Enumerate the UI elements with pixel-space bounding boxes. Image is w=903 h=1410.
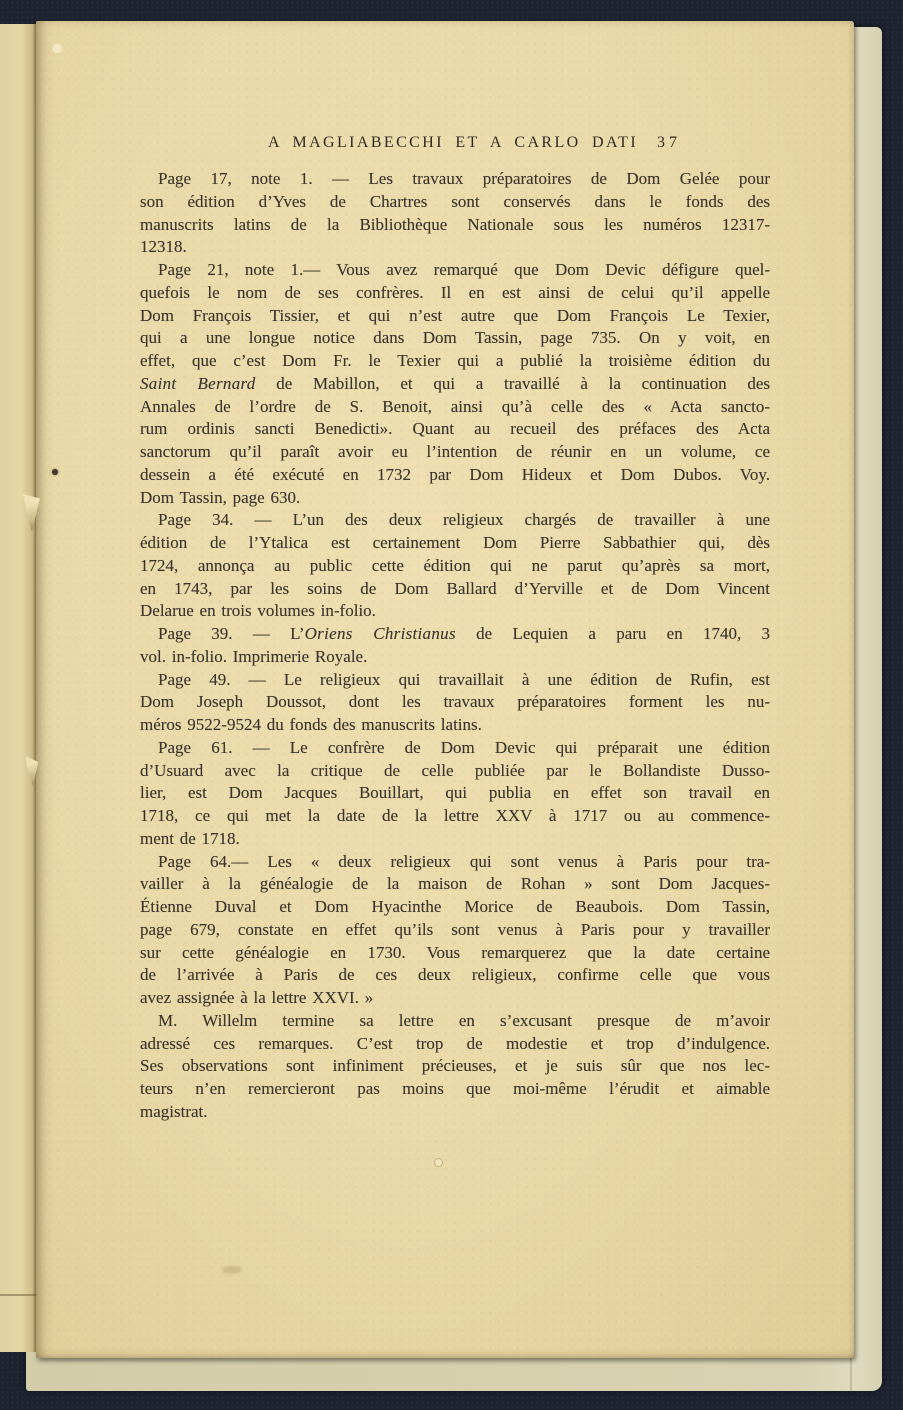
paragraph: Page 61. — Le confrère de Dom Devic qui … bbox=[140, 737, 770, 851]
text-line: dessein a été exécuté en 1732 par Dom Hi… bbox=[140, 464, 770, 487]
paragraph: Page 17, note 1. — Les travaux préparato… bbox=[140, 168, 770, 259]
text-line: ment de 1718. bbox=[140, 828, 770, 851]
paragraph: Page 21, note 1.— Vous avez remarqué que… bbox=[140, 259, 770, 509]
text-line: 1724, annonça au public cette édition qu… bbox=[140, 555, 770, 578]
paragraph: Page 39. — L’Oriens Christianus de Lequi… bbox=[140, 623, 770, 669]
text-line: Page 61. — Le confrère de Dom Devic qui … bbox=[140, 737, 770, 760]
text-line: Dom Tassin, page 630. bbox=[140, 487, 770, 510]
scanned-book-photo: A MAGLIABECCHI ET A CARLO DATI 37 Page 1… bbox=[0, 0, 903, 1410]
text-line: sur cette généalogie en 1730. Vous remar… bbox=[140, 942, 770, 965]
ink-speck bbox=[52, 469, 58, 475]
text-line: de l’arrivée à Paris de ces deux religie… bbox=[140, 964, 770, 987]
text-line: édition de l’Ytalica est certainement Do… bbox=[140, 532, 770, 555]
text-line: magistrat. bbox=[140, 1101, 770, 1124]
text-line: qui a une longue notice dans Dom Tassin,… bbox=[140, 327, 770, 350]
text-line: vailler à la généalogie de la maison de … bbox=[140, 873, 770, 896]
text-line: en 1743, par les soins de Dom Ballard d’… bbox=[140, 578, 770, 601]
paragraph: Page 34. — L’un des deux religieux charg… bbox=[140, 509, 770, 623]
text-line: page 679, constate en effet qu’ils sont … bbox=[140, 919, 770, 942]
book-gutter-facing-page bbox=[0, 24, 38, 1352]
page-number: 37 bbox=[657, 134, 681, 152]
text-line: manuscrits latins de la Bibliothèque Nat… bbox=[140, 214, 770, 237]
text-block: Page 17, note 1. — Les travaux préparato… bbox=[140, 168, 770, 1124]
text-line: teurs n’en remercieront pas moins que mo… bbox=[140, 1078, 770, 1101]
text-line: Page 49. — Le religieux qui travaillait … bbox=[140, 669, 770, 692]
text-line: Ses observations sont infiniment précieu… bbox=[140, 1055, 770, 1078]
text-line: Annales de l’ordre de S. Benoit, ainsi q… bbox=[140, 396, 770, 419]
text-line: son édition d’Yves de Chartres sont cons… bbox=[140, 191, 770, 214]
text-line: Page 64.— Les « deux religieux qui sont … bbox=[140, 851, 770, 874]
paper-blemish bbox=[434, 1158, 443, 1167]
text-line: vol. in-folio. Imprimerie Royale. bbox=[140, 646, 770, 669]
page-content: A MAGLIABECCHI ET A CARLO DATI 37 Page 1… bbox=[140, 132, 770, 1124]
text-line: rum ordinis sancti Benedicti». Quant au … bbox=[140, 418, 770, 441]
text-line: quefois le nom de ses confrères. Il en e… bbox=[140, 282, 770, 305]
paper-fleck bbox=[53, 44, 62, 53]
text-line: Delarue en trois volumes in-folio. bbox=[140, 600, 770, 623]
text-line: d’Usuard avec la critique de celle publi… bbox=[140, 760, 770, 783]
text-line: Page 21, note 1.— Vous avez remarqué que… bbox=[140, 259, 770, 282]
text-line: Dom Joseph Doussot, dont les travaux pré… bbox=[140, 691, 770, 714]
text-line: 1718, ce qui met la date de la lettre XX… bbox=[140, 805, 770, 828]
text-line: Dom François Tissier, et qui n’est autre… bbox=[140, 305, 770, 328]
text-line: lier, est Dom Jacques Bouillart, qui pub… bbox=[140, 782, 770, 805]
text-line: M. Willelm termine sa lettre en s’excusa… bbox=[140, 1010, 770, 1033]
text-line: avez assignée à la lettre XXVI. » bbox=[140, 987, 770, 1010]
text-line: méros 9522-9524 du fonds des manuscrits … bbox=[140, 714, 770, 737]
paper-smudge bbox=[222, 1266, 242, 1274]
text-line: Page 34. — L’un des deux religieux charg… bbox=[140, 509, 770, 532]
text-line: Page 17, note 1. — Les travaux préparato… bbox=[140, 168, 770, 191]
running-header: A MAGLIABECCHI ET A CARLO DATI bbox=[268, 134, 638, 152]
paragraph: Page 64.— Les « deux religieux qui sont … bbox=[140, 851, 770, 1010]
text-line: sanctorum qu’il paraît avoir eu l’intent… bbox=[140, 441, 770, 464]
text-line: 12318. bbox=[140, 236, 770, 259]
page-header: A MAGLIABECCHI ET A CARLO DATI 37 bbox=[140, 132, 770, 158]
paragraph: M. Willelm termine sa lettre en s’excusa… bbox=[140, 1010, 770, 1124]
text-line: Étienne Duval et Dom Hyacinthe Morice de… bbox=[140, 896, 770, 919]
text-line: effet, que c’est Dom Fr. le Texier qui a… bbox=[140, 350, 770, 373]
text-line: Page 39. — L’Oriens Christianus de Lequi… bbox=[140, 623, 770, 646]
text-line: adressé ces remarques. C’est trop de mod… bbox=[140, 1033, 770, 1056]
text-line: Saint Bernard de Mabillon, et qui a trav… bbox=[140, 373, 770, 396]
paragraph: Page 49. — Le religieux qui travaillait … bbox=[140, 669, 770, 737]
